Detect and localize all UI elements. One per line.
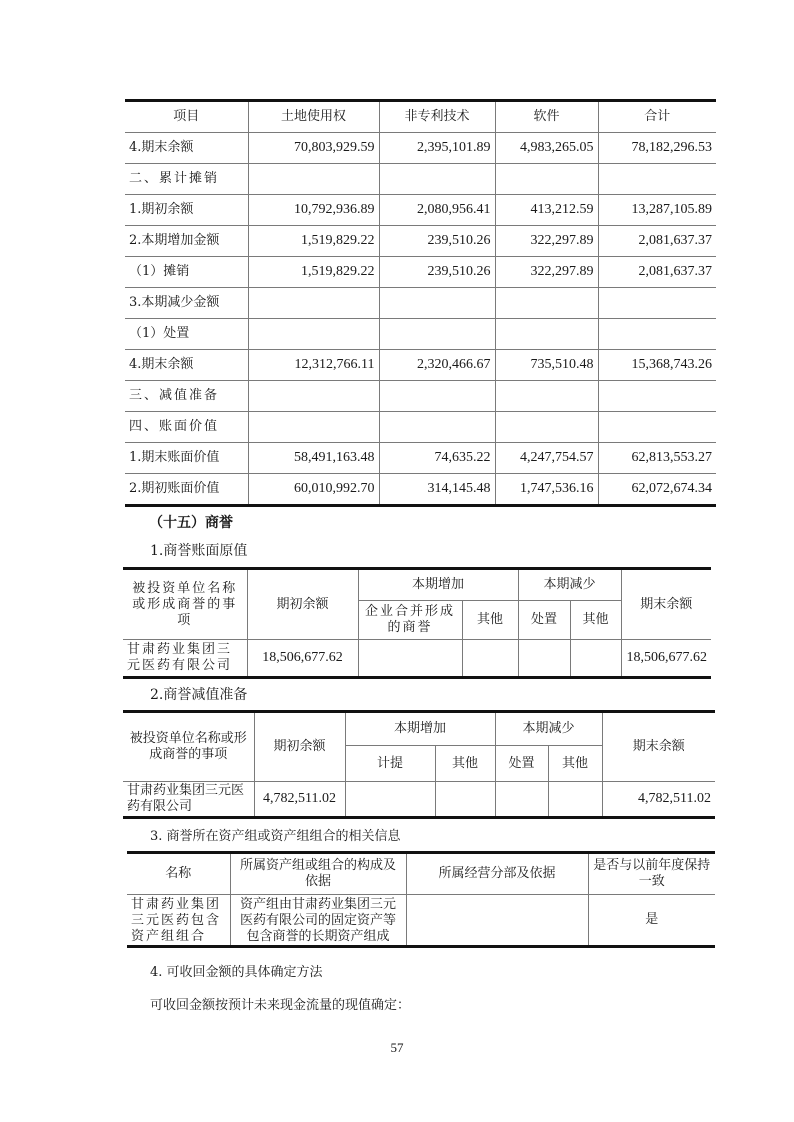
cell-value [379,381,495,412]
cell-value: 322,297.89 [495,226,598,257]
table-row: 甘肃药业集团三元医药有限公司 18,506,677.62 18,506,677.… [123,640,711,678]
document-page: 项目 土地使用权 非专利技术 软件 合计 4.期末余额 70,803,929.5… [0,0,794,1122]
cell-closing: 4,782,511.02 [602,782,715,818]
table-row: （1）摊销 1,519,829.22 239,510.26 322,297.89… [125,257,716,288]
cell-value [495,381,598,412]
cell-value: 239,510.26 [379,257,495,288]
header-decrease-other: 其他 [570,601,621,640]
table-row: 4.期末余额 70,803,929.59 2,395,101.89 4,983,… [125,133,716,164]
cell-value [495,412,598,443]
row-label: 四、账面价值 [125,412,248,443]
cell-entity: 甘肃药业集团三元医药有限公司 [123,640,247,678]
table-row: 二、累计摊销 [125,164,716,195]
header-opening-balance: 期初余额 [254,712,345,782]
cell-dec-disposal [518,640,570,678]
header-item: 项目 [125,101,248,133]
header-increase-merger: 企业合并形成的商誉 [358,601,462,640]
cell-inc-merger [358,640,462,678]
cell-value: 4,983,265.05 [495,133,598,164]
goodwill-section-title: （十五）商誉 [149,512,233,532]
cell-value [379,412,495,443]
intangible-assets-table: 项目 土地使用权 非专利技术 软件 合计 4.期末余额 70,803,929.5… [125,99,716,507]
cell-value [248,381,379,412]
table-row: 甘肃药业集团三元医药有限公司 4,782,511.02 4,782,511.02 [123,782,715,818]
cell-value [248,164,379,195]
table-row: 1.期末账面价值 58,491,163.48 74,635.22 4,247,7… [125,443,716,474]
page-number: 57 [0,1040,794,1056]
row-label: 4.期末余额 [125,350,248,381]
cell-value [598,164,716,195]
cell-consistent: 是 [588,895,715,947]
header-increase-other: 其他 [435,746,495,782]
cell-value: 322,297.89 [495,257,598,288]
header-increase-other: 其他 [462,601,518,640]
table-row: 3.本期减少金额 [125,288,716,319]
cell-dec-other [570,640,621,678]
cell-opening: 4,782,511.02 [254,782,345,818]
cell-value [248,288,379,319]
cell-value [248,319,379,350]
cell-inc-provision [345,782,435,818]
cell-value: 413,212.59 [495,195,598,226]
cell-value: 2,395,101.89 [379,133,495,164]
header-decrease-disposal: 处置 [495,746,548,782]
header-decrease-other: 其他 [548,746,602,782]
cell-value [379,319,495,350]
goodwill-impairment-title: 2.商誉减值准备 [150,684,247,704]
header-opening-balance: 期初余额 [247,569,358,640]
cell-value [379,288,495,319]
cell-value: 1,747,536.16 [495,474,598,506]
cell-value: 78,182,296.53 [598,133,716,164]
cell-value [495,319,598,350]
row-label: 2.期初账面价值 [125,474,248,506]
table-header-row: 名称 所属资产组或组合的构成及依据 所属经营分部及依据 是否与以前年度保持一致 [127,853,715,895]
table-row: 甘肃药业集团三元医药包含资产组组合 资产组由甘肃药业集团三元医药有限公司的固定资… [127,895,715,947]
row-label: 4.期末余额 [125,133,248,164]
cell-value: 15,368,743.26 [598,350,716,381]
cell-name: 甘肃药业集团三元医药包含资产组组合 [127,895,230,947]
table-row: 四、账面价值 [125,412,716,443]
header-decrease: 本期减少 [495,712,602,746]
cell-inc-other [435,782,495,818]
header-consistent: 是否与以前年度保持一致 [588,853,715,895]
header-total: 合计 [598,101,716,133]
asset-group-table: 名称 所属资产组或组合的构成及依据 所属经营分部及依据 是否与以前年度保持一致 … [127,851,715,948]
cell-closing: 18,506,677.62 [621,640,711,678]
cell-dec-disposal [495,782,548,818]
table-row: 1.期初余额 10,792,936.89 2,080,956.41 413,21… [125,195,716,226]
table-header-row: 被投资单位名称或形成商誉的事项 期初余额 本期增加 本期减少 期末余额 [123,712,715,746]
cell-value: 74,635.22 [379,443,495,474]
header-decrease: 本期减少 [518,569,621,601]
goodwill-impairment-table: 被投资单位名称或形成商誉的事项 期初余额 本期增加 本期减少 期末余额 计提 其… [123,710,715,819]
cell-composition: 资产组由甘肃药业集团三元医药有限公司的固定资产等包含商誉的长期资产组成 [230,895,406,947]
row-label: 三、减值准备 [125,381,248,412]
row-label: 2.本期增加金额 [125,226,248,257]
header-composition: 所属资产组或组合的构成及依据 [230,853,406,895]
header-entity: 被投资单位名称或形成商誉的事项 [123,712,254,782]
cell-value: 314,145.48 [379,474,495,506]
cell-value [598,381,716,412]
cell-opening: 18,506,677.62 [247,640,358,678]
cell-value: 2,080,956.41 [379,195,495,226]
cell-dec-other [548,782,602,818]
cell-segment [406,895,588,947]
cell-value: 12,312,766.11 [248,350,379,381]
cell-value: 735,510.48 [495,350,598,381]
goodwill-original-value-title: 1.商誉账面原值 [150,540,247,560]
table-row: 三、减值准备 [125,381,716,412]
cell-value [248,412,379,443]
recoverable-title: 4. 可收回金额的具体确定方法 [150,961,323,980]
cell-value: 1,519,829.22 [248,257,379,288]
cell-value: 4,247,754.57 [495,443,598,474]
header-name: 名称 [127,853,230,895]
cell-value: 58,491,163.48 [248,443,379,474]
cell-inc-other [462,640,518,678]
header-increase: 本期增加 [345,712,495,746]
row-label: 1.期初余额 [125,195,248,226]
cell-value [495,288,598,319]
header-decrease-disposal: 处置 [518,601,570,640]
table-row: 2.本期增加金额 1,519,829.22 239,510.26 322,297… [125,226,716,257]
header-closing-balance: 期末余额 [602,712,715,782]
table-row: 2.期初账面价值 60,010,992.70 314,145.48 1,747,… [125,474,716,506]
row-label: 二、累计摊销 [125,164,248,195]
asset-group-title: 3. 商誉所在资产组或资产组组合的相关信息 [150,825,401,844]
table-row: （1）处置 [125,319,716,350]
table-header-row: 项目 土地使用权 非专利技术 软件 合计 [125,101,716,133]
cell-value: 13,287,105.89 [598,195,716,226]
cell-value: 60,010,992.70 [248,474,379,506]
table-header-row: 被投资单位名称或形成商誉的事项 期初余额 本期增加 本期减少 期末余额 [123,569,711,601]
cell-value: 10,792,936.89 [248,195,379,226]
cell-value [598,319,716,350]
cell-value [495,164,598,195]
header-increase: 本期增加 [358,569,518,601]
header-land-use-right: 土地使用权 [248,101,379,133]
cell-value: 2,081,637.37 [598,226,716,257]
recoverable-text: 可收回金额按预计未来现金流量的现值确定： [150,994,410,1013]
cell-value: 2,081,637.37 [598,257,716,288]
cell-value: 2,320,466.67 [379,350,495,381]
goodwill-original-value-table: 被投资单位名称或形成商誉的事项 期初余额 本期增加 本期减少 期末余额 企业合并… [123,567,711,679]
row-label: 3.本期减少金额 [125,288,248,319]
cell-value [598,412,716,443]
row-label: （1）处置 [125,319,248,350]
cell-value: 1,519,829.22 [248,226,379,257]
header-non-patent-tech: 非专利技术 [379,101,495,133]
header-entity: 被投资单位名称或形成商誉的事项 [123,569,247,640]
header-closing-balance: 期末余额 [621,569,711,640]
header-segment: 所属经营分部及依据 [406,853,588,895]
row-label: 1.期末账面价值 [125,443,248,474]
cell-value [379,164,495,195]
row-label: （1）摊销 [125,257,248,288]
cell-entity: 甘肃药业集团三元医药有限公司 [123,782,254,818]
cell-value: 62,072,674.34 [598,474,716,506]
header-increase-provision: 计提 [345,746,435,782]
header-software: 软件 [495,101,598,133]
cell-value: 70,803,929.59 [248,133,379,164]
cell-value: 62,813,553.27 [598,443,716,474]
cell-value: 239,510.26 [379,226,495,257]
cell-value [598,288,716,319]
table-row: 4.期末余额 12,312,766.11 2,320,466.67 735,51… [125,350,716,381]
